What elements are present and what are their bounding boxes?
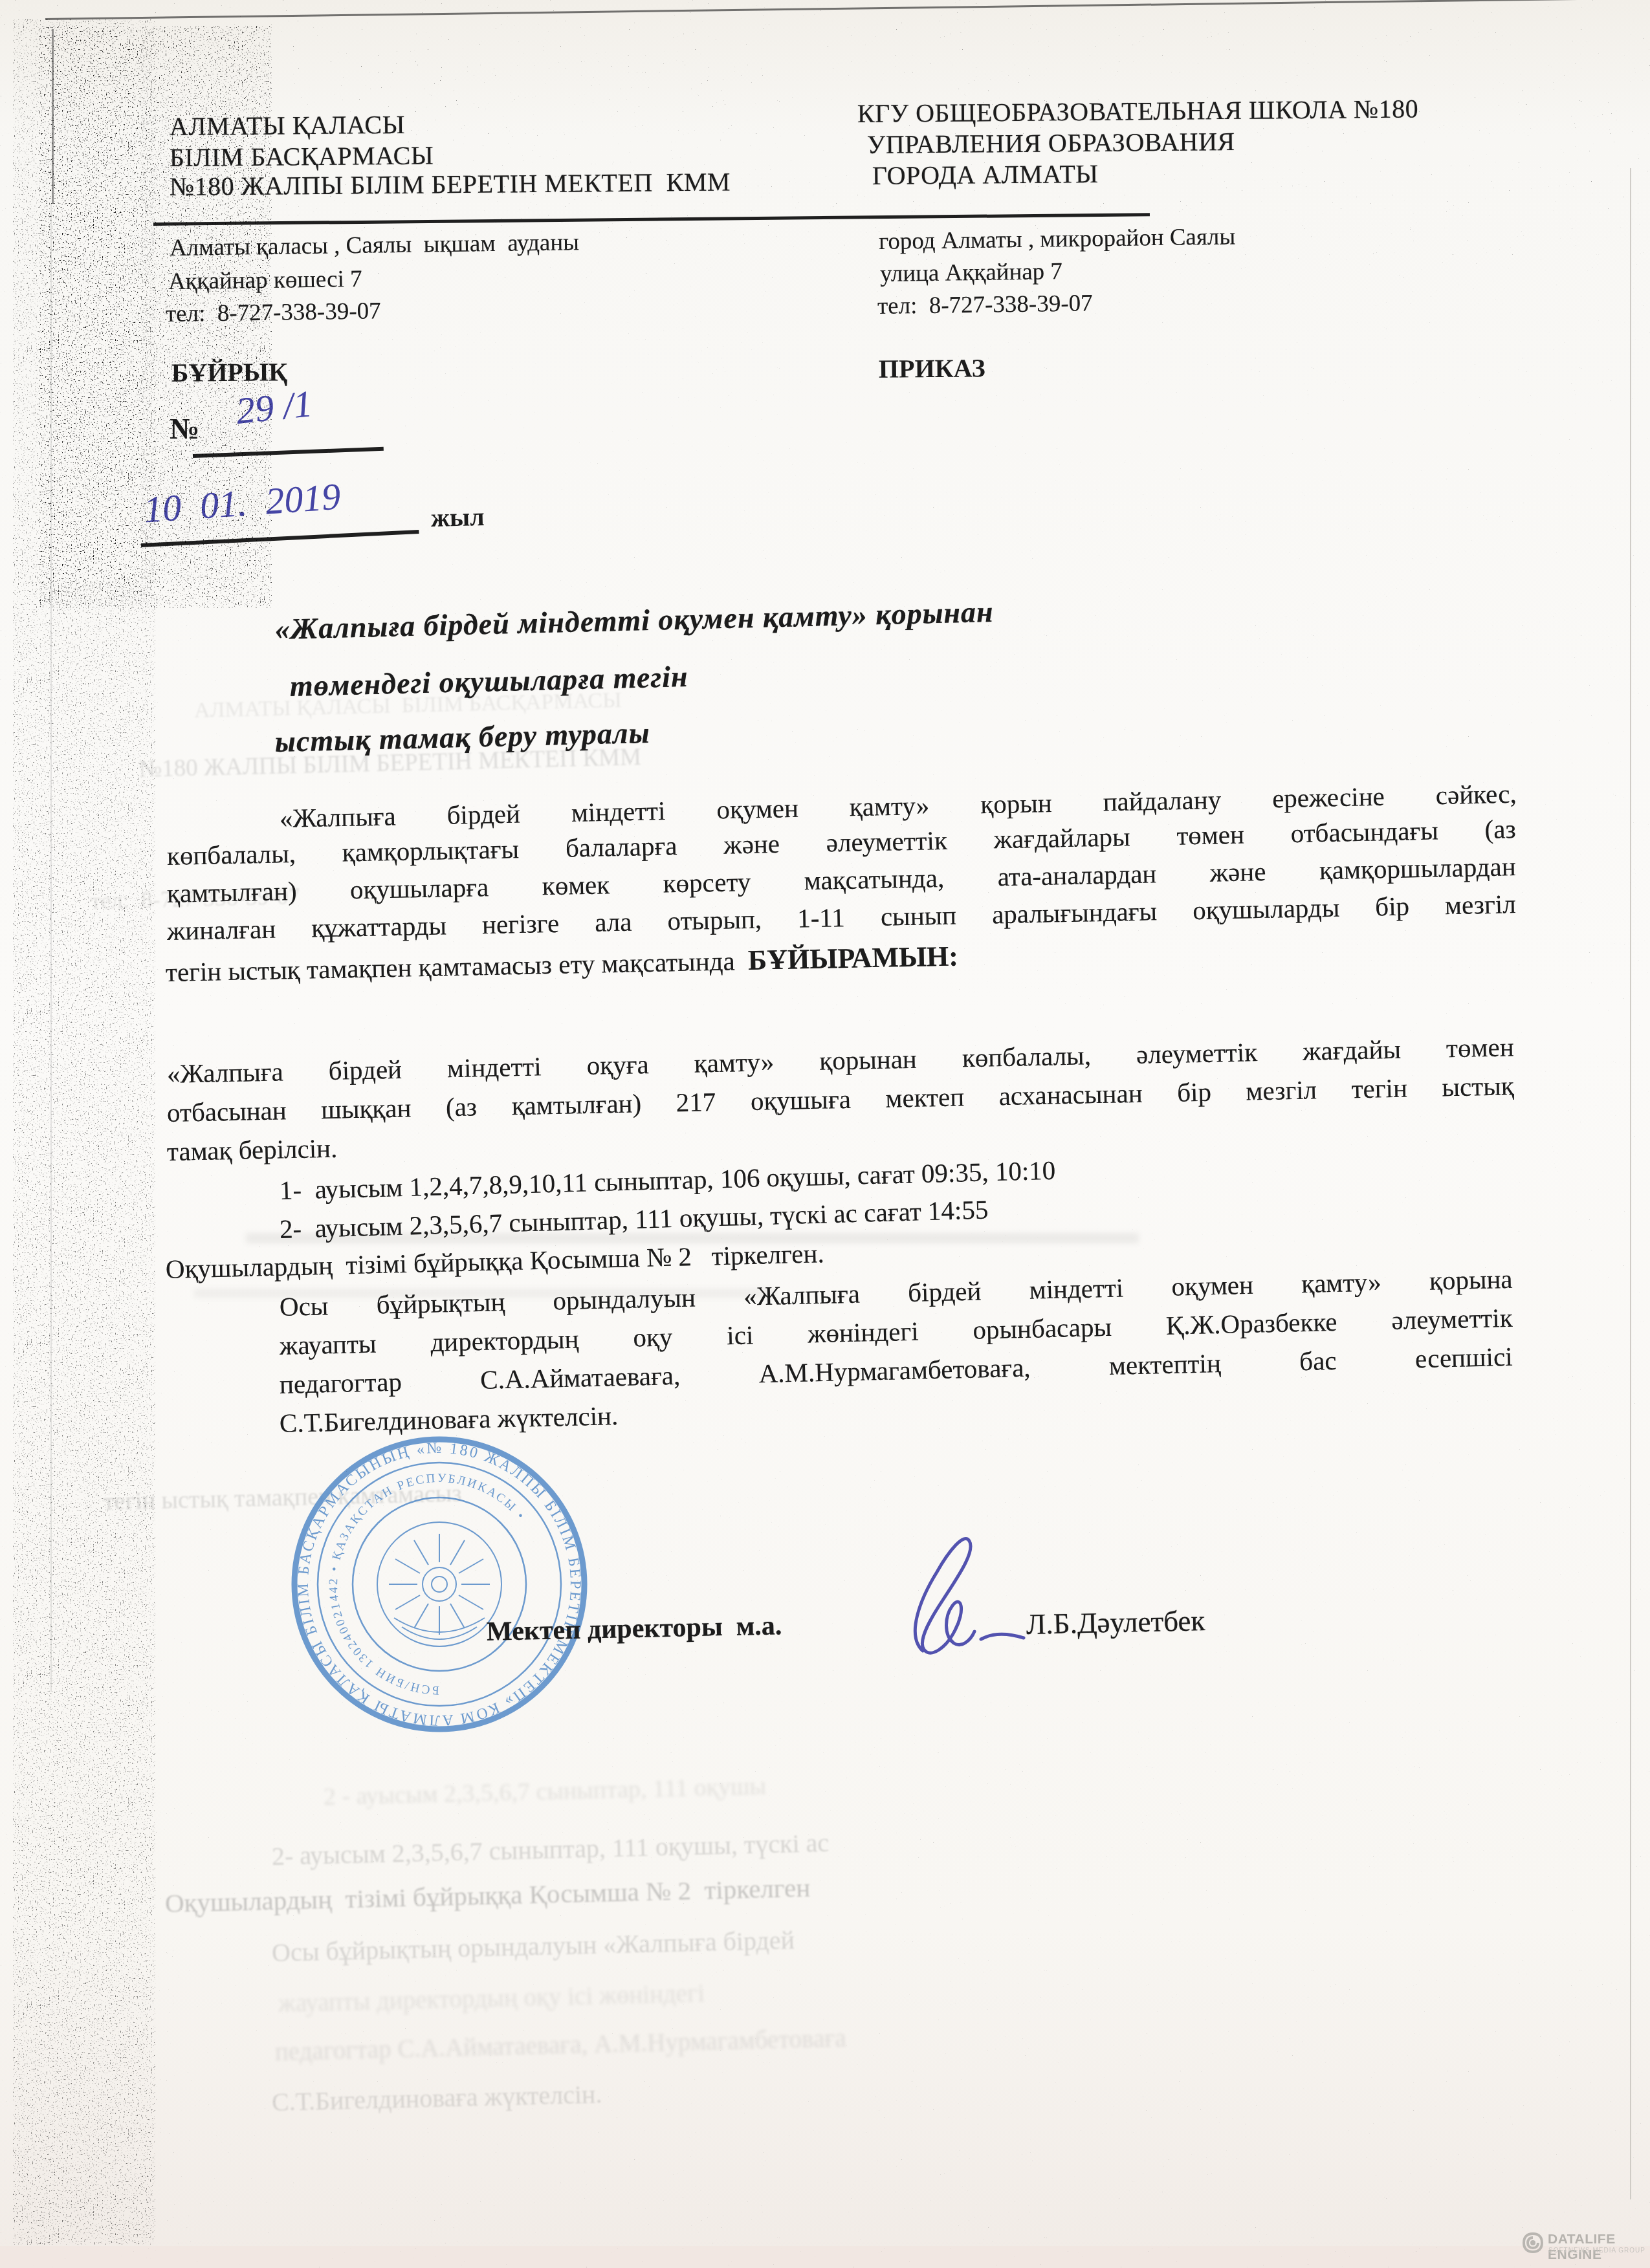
scan-right-edge-line [1630,168,1631,2199]
order-number-handwritten: 29 /1 [234,382,314,433]
ghost-text: Осы бұйрықтың орындалуын «Жалпыға бірдей [271,1925,795,1968]
address-kk-line3: тел: 8-727-338-39-07 [166,297,381,328]
scanned-order-document: АЛМАТЫ ҚАЛАСЫ БІЛІМ БАСҚАРМАСЫ №180 ЖАЛП… [0,0,1650,2268]
annex-line: Оқушылардың тізімі бұйрыққа Қосымша № 2 … [165,1240,824,1283]
ghost-text: С.Т.Бигелдиноваға жүктелсін. [271,2079,602,2117]
scan-left-edge-line [52,29,54,204]
number-underline [193,447,384,458]
stamp-emblem-icon [389,1534,490,1639]
ghost-text: жауапты директордың оқу ісі жөніндегі [278,1979,705,2018]
org-name-ru-line3: ГОРОДА АЛМАТЫ [872,158,1099,191]
official-round-stamp: АЛМАТЫ ҚАЛАСЫ БІЛІМ БАСҚАРМАСЫНЫҢ «№ 180… [283,1428,595,1740]
address-ru-line3: тел: 8-727-338-39-07 [877,289,1093,320]
signer-name: Л.Б.Дәулетбек [1026,1604,1205,1642]
order-label-kk: БҰЙРЫҚ [171,356,288,388]
ghost-text: педагогтар С.А.Айматаеваға, А.М.Нурмагам… [274,2023,846,2067]
paragraph2-line: тамақ берілсін. [167,1135,338,1165]
stamp-inner-ring-text: БСН/БИН 130240021442 • ҚАЗАҚСТАН РЕСПУБЛ… [327,1472,528,1697]
org-name-ru-line2: УПРАВЛЕНИЯ ОБРАЗОВАНИЯ [867,126,1235,160]
year-label: жыл [430,501,485,533]
order-verb-bold: БҰЙЫРАМЫН: [748,940,959,976]
address-kk-line2: Аққайнар көшесі 7 [168,265,362,296]
org-name-kk-line1: АЛМАТЫ ҚАЛАСЫ [170,109,405,142]
paragraph1-lastline-text: тегін ыстық тамақпен қамтамасыз ету мақс… [166,946,749,987]
datalife-eye-icon [1522,2232,1544,2254]
svg-text:БСН/БИН 130240021442 • ҚАЗАҚ: БСН/БИН 130240021442 • ҚАЗАҚСТАН РЕСПУБЛ… [327,1472,528,1697]
ghost-text: 2 - ауысым 2,3,5,6,7 сыныптар, 111 оқушы [323,1772,766,1811]
datalife-watermark [1522,2232,1544,2254]
address-kk-line1: Алматы қаласы , Саялы ықшам ауданы [170,228,580,262]
signer-role: Мектеп директоры м.а. [487,1610,782,1648]
document-content: АЛМАТЫ ҚАЛАСЫ БІЛІМ БАСҚАРМАСЫ №180 ЖАЛП… [0,0,1650,2268]
order-title-line1: «Жалпыға бірдей міндетті оқумен қамту» қ… [274,594,994,647]
address-ru-line1: город Алматы , микрорайон Саялы [879,223,1236,256]
order-label-ru: ПРИКАЗ [879,353,985,384]
order-date-handwritten: 10 01. 2019 [142,474,342,532]
org-name-kk-line2: БІЛІМ БАСҚАРМАСЫ [170,140,434,173]
address-ru-line2: улица Аққайнар 7 [880,257,1063,289]
paragraph1-lastline: тегін ыстық тамақпен қамтамасыз ету мақс… [165,939,958,988]
scan-left-edge-faint [50,204,52,1692]
director-signature [861,1521,1055,1670]
order-number-sign: № [170,411,199,446]
org-name-ru-line1: КГУ ОБЩЕОБРАЗОВАТЕЛЬНАЯ ШКОЛА №180 [857,93,1418,129]
org-name-kk-line3: №180 ЖАЛПЫ БІЛІМ БЕРЕТІН МЕКТЕП КММ [170,166,731,202]
order-title-line2: төмендегі оқушыларға тегін [289,659,688,704]
ghost-text: 2- ауысым 2,3,5,6,7 сыныптар, 111 оқушы,… [271,1827,829,1871]
watermark-subtitle: SOFTNEWS MEDIA GROUP [1548,2247,1645,2254]
header-divider-line [153,213,1150,226]
date-underline [141,530,419,547]
ghost-text: Оқушылардың тізімі бұйрыққа Қосымша № 2 … [164,1872,810,1919]
scan-bottom-band [0,2246,1650,2268]
